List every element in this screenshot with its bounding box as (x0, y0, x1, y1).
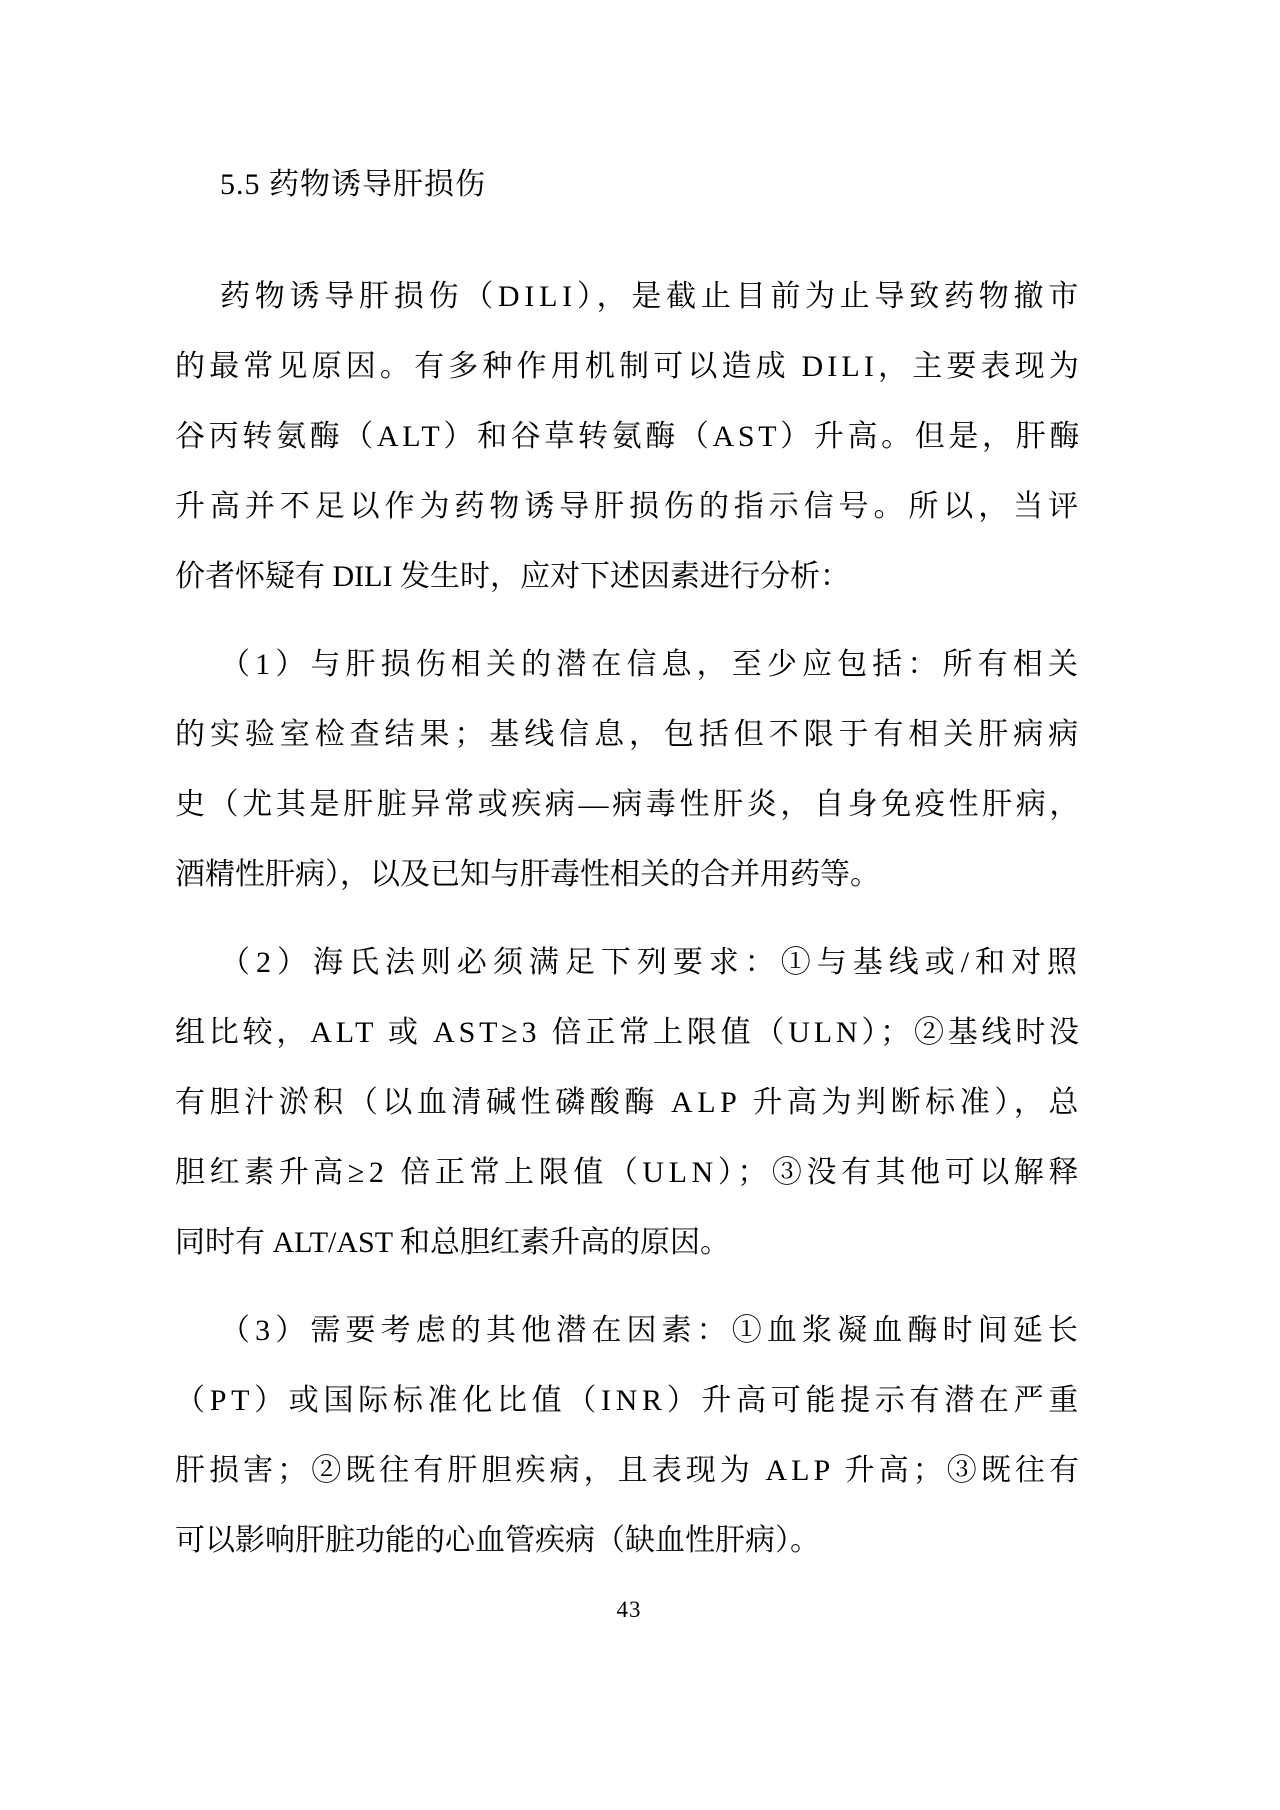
paragraph: （3）需要考虑的其他潜在因素：①血浆凝血酶时间延长（PT）或国际标准化比值（IN… (175, 1296, 1083, 1576)
text-line: 可以影响肝脏功能的心血管疾病（缺血性肝病）。 (175, 1506, 1083, 1576)
text-line: 酒精性肝病），以及已知与肝毒性相关的合并用药等。 (175, 840, 1083, 910)
text-line-content: 组比较，ALT 或 AST≥3 倍正常上限值（ULN）；②基线时没 (175, 1016, 1083, 1049)
text-line-content: 肝损害；②既往有肝胆疾病，且表现为 ALP 升高；③既往有 (175, 1454, 1083, 1487)
document-content: 5.5 药物诱导肝损伤 药物诱导肝损伤（DILI），是截止目前为止导致药物撤市的… (175, 150, 1083, 1626)
paragraph: 药物诱导肝损伤（DILI），是截止目前为止导致药物撤市的最常见原因。有多种作用机… (175, 262, 1083, 612)
text-line: 组比较，ALT 或 AST≥3 倍正常上限值（ULN）；②基线时没 (175, 998, 1083, 1068)
text-line-content: （2）海氏法则必须满足下列要求：①与基线或/和对照 (220, 946, 1083, 979)
text-line: 史（尤其是肝脏异常或疾病—病毒性肝炎，自身免疫性肝病， (175, 770, 1083, 840)
text-line-content: 酒精性肝病），以及已知与肝毒性相关的合并用药等。 (175, 858, 880, 891)
text-line: 的实验室检查结果；基线信息，包括但不限于有相关肝病病 (175, 700, 1083, 770)
text-line-content: 有胆汁淤积（以血清碱性磷酸酶 ALP 升高为判断标准），总 (175, 1086, 1083, 1119)
text-line: 谷丙转氨酶（ALT）和谷草转氨酶（AST）升高。但是，肝酶 (175, 402, 1083, 472)
paragraph: （1）与肝损伤相关的潜在信息，至少应包括：所有相关的实验室检查结果；基线信息，包… (175, 630, 1083, 910)
text-line-content: （3）需要考虑的其他潜在因素：①血浆凝血酶时间延长 (220, 1314, 1083, 1347)
text-line-content: 升高并不足以作为药物诱导肝损伤的指示信号。所以，当评 (175, 490, 1083, 523)
text-line: 肝损害；②既往有肝胆疾病，且表现为 ALP 升高；③既往有 (175, 1436, 1083, 1506)
text-line: 的最常见原因。有多种作用机制可以造成 DILI，主要表现为 (175, 332, 1083, 402)
text-line: （3）需要考虑的其他潜在因素：①血浆凝血酶时间延长 (175, 1296, 1083, 1366)
page-number: 43 (175, 1594, 1083, 1626)
text-line-content: 谷丙转氨酶（ALT）和谷草转氨酶（AST）升高。但是，肝酶 (175, 420, 1083, 453)
text-line: 升高并不足以作为药物诱导肝损伤的指示信号。所以，当评 (175, 472, 1083, 542)
section-heading: 5.5 药物诱导肝损伤 (175, 150, 1083, 220)
text-line-content: 可以影响肝脏功能的心血管疾病（缺血性肝病）。 (175, 1524, 820, 1557)
text-line-content: 同时有 ALT/AST 和总胆红素升高的原因。 (175, 1226, 730, 1259)
text-line: 价者怀疑有 DILI 发生时，应对下述因素进行分析： (175, 542, 1083, 612)
document-page: 5.5 药物诱导肝损伤 药物诱导肝损伤（DILI），是截止目前为止导致药物撤市的… (0, 0, 1280, 1810)
text-line-content: 药物诱导肝损伤（DILI），是截止目前为止导致药物撤市 (220, 280, 1083, 313)
text-line: 有胆汁淤积（以血清碱性磷酸酶 ALP 升高为判断标准），总 (175, 1068, 1083, 1138)
text-line: （2）海氏法则必须满足下列要求：①与基线或/和对照 (175, 928, 1083, 998)
text-line: （1）与肝损伤相关的潜在信息，至少应包括：所有相关 (175, 630, 1083, 700)
paragraphs-container: 药物诱导肝损伤（DILI），是截止目前为止导致药物撤市的最常见原因。有多种作用机… (175, 262, 1083, 1576)
text-line: （PT）或国际标准化比值（INR）升高可能提示有潜在严重 (175, 1366, 1083, 1436)
text-line-content: （1）与肝损伤相关的潜在信息，至少应包括：所有相关 (220, 648, 1083, 681)
text-line: 药物诱导肝损伤（DILI），是截止目前为止导致药物撤市 (175, 262, 1083, 332)
text-line-content: （PT）或国际标准化比值（INR）升高可能提示有潜在严重 (175, 1384, 1083, 1417)
text-line: 同时有 ALT/AST 和总胆红素升高的原因。 (175, 1208, 1083, 1278)
text-line-content: 的实验室检查结果；基线信息，包括但不限于有相关肝病病 (175, 718, 1083, 751)
text-line-content: 史（尤其是肝脏异常或疾病—病毒性肝炎，自身免疫性肝病， (175, 788, 1083, 821)
paragraph: （2）海氏法则必须满足下列要求：①与基线或/和对照组比较，ALT 或 AST≥3… (175, 928, 1083, 1278)
text-line: 胆红素升高≥2 倍正常上限值（ULN）；③没有其他可以解释 (175, 1138, 1083, 1208)
text-line-content: 胆红素升高≥2 倍正常上限值（ULN）；③没有其他可以解释 (175, 1156, 1083, 1189)
text-line-content: 价者怀疑有 DILI 发生时，应对下述因素进行分析： (175, 560, 850, 593)
text-line-content: 的最常见原因。有多种作用机制可以造成 DILI，主要表现为 (175, 350, 1083, 383)
